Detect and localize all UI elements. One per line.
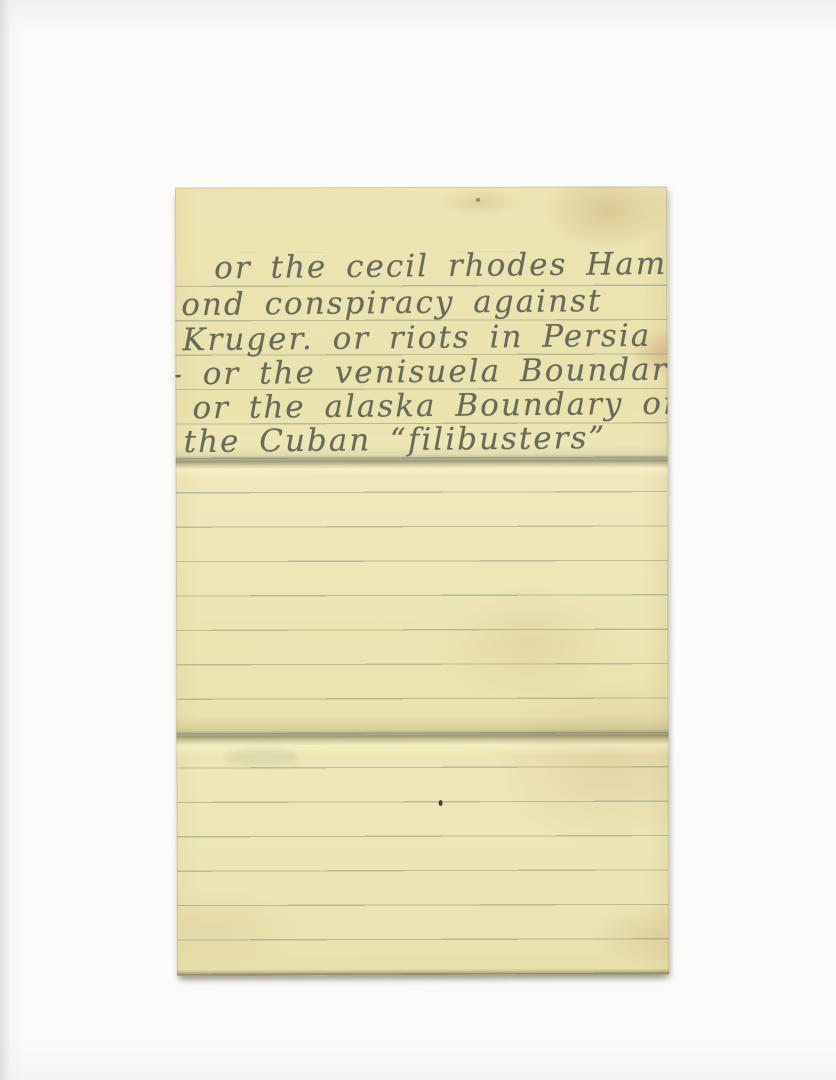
ink-dot <box>439 800 443 806</box>
handwriting-line-6: the Cuban “filibusters” <box>183 420 606 460</box>
paper-speck <box>476 198 480 202</box>
ink-bleedthrough-smudge <box>224 748 298 766</box>
scanner-background: or the cecil rhodes Hamm- ond conspiracy… <box>0 0 836 1080</box>
handwriting-line-2: ond conspiracy against <box>181 283 602 323</box>
paper-bottom-edge-shadow <box>177 968 669 975</box>
handwriting-line-1: or the cecil rhodes Hamm- <box>214 246 669 287</box>
letter-page: or the cecil rhodes Hamm- ond conspiracy… <box>175 186 669 975</box>
